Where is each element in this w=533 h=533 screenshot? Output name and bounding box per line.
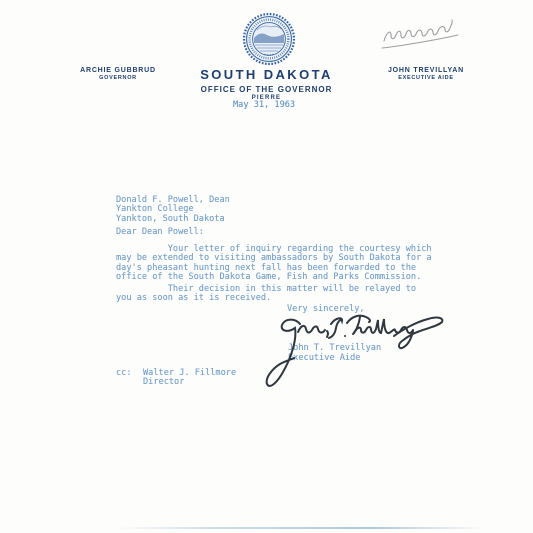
scanned-letter-page: ARCHIE GUBBRUD GOVERNOR SOUTH DAKOTA OFF… — [0, 0, 533, 533]
cc-label: cc: — [116, 369, 132, 378]
signature-ohn-stroke — [298, 326, 325, 333]
page-bottom-edge-shadow — [118, 527, 480, 529]
pencil-script-stroke — [384, 20, 452, 41]
signature-comma-stroke — [327, 331, 328, 337]
cc-recipient: Walter J. Fillmore Director — [143, 369, 236, 388]
letterhead-aide-block: JOHN TREVILLYAN EXECUTIVE AIDE — [366, 67, 486, 81]
aide-title: EXECUTIVE AIDE — [366, 75, 486, 81]
body-paragraph-2: Their decision in this matter will be re… — [116, 285, 416, 304]
signature-initial-t-stroke — [329, 318, 342, 338]
signature-j-stroke — [267, 320, 300, 386]
aide-name: JOHN TREVILLYAN — [366, 67, 486, 74]
south-dakota-state-seal-icon — [241, 11, 297, 67]
letter-date: May 31, 1963 — [233, 101, 295, 110]
salutation: Dear Dean Powell: — [116, 228, 204, 237]
pencil-underline-stroke — [382, 35, 458, 48]
office-name: OFFICE OF THE GOVERNOR — [0, 85, 533, 94]
handwritten-pencil-annotation — [378, 14, 473, 56]
signature-yan-tail-stroke — [394, 318, 442, 349]
signature-period-dot — [344, 335, 346, 337]
signature-revilly-stroke — [354, 319, 413, 333]
recipient-address: Donald F. Powell, Dean Yankton College Y… — [116, 196, 230, 224]
ink-signature-john-t-trevillyan — [253, 306, 458, 406]
body-paragraph-1: Your letter of inquiry regarding the cou… — [116, 245, 432, 283]
